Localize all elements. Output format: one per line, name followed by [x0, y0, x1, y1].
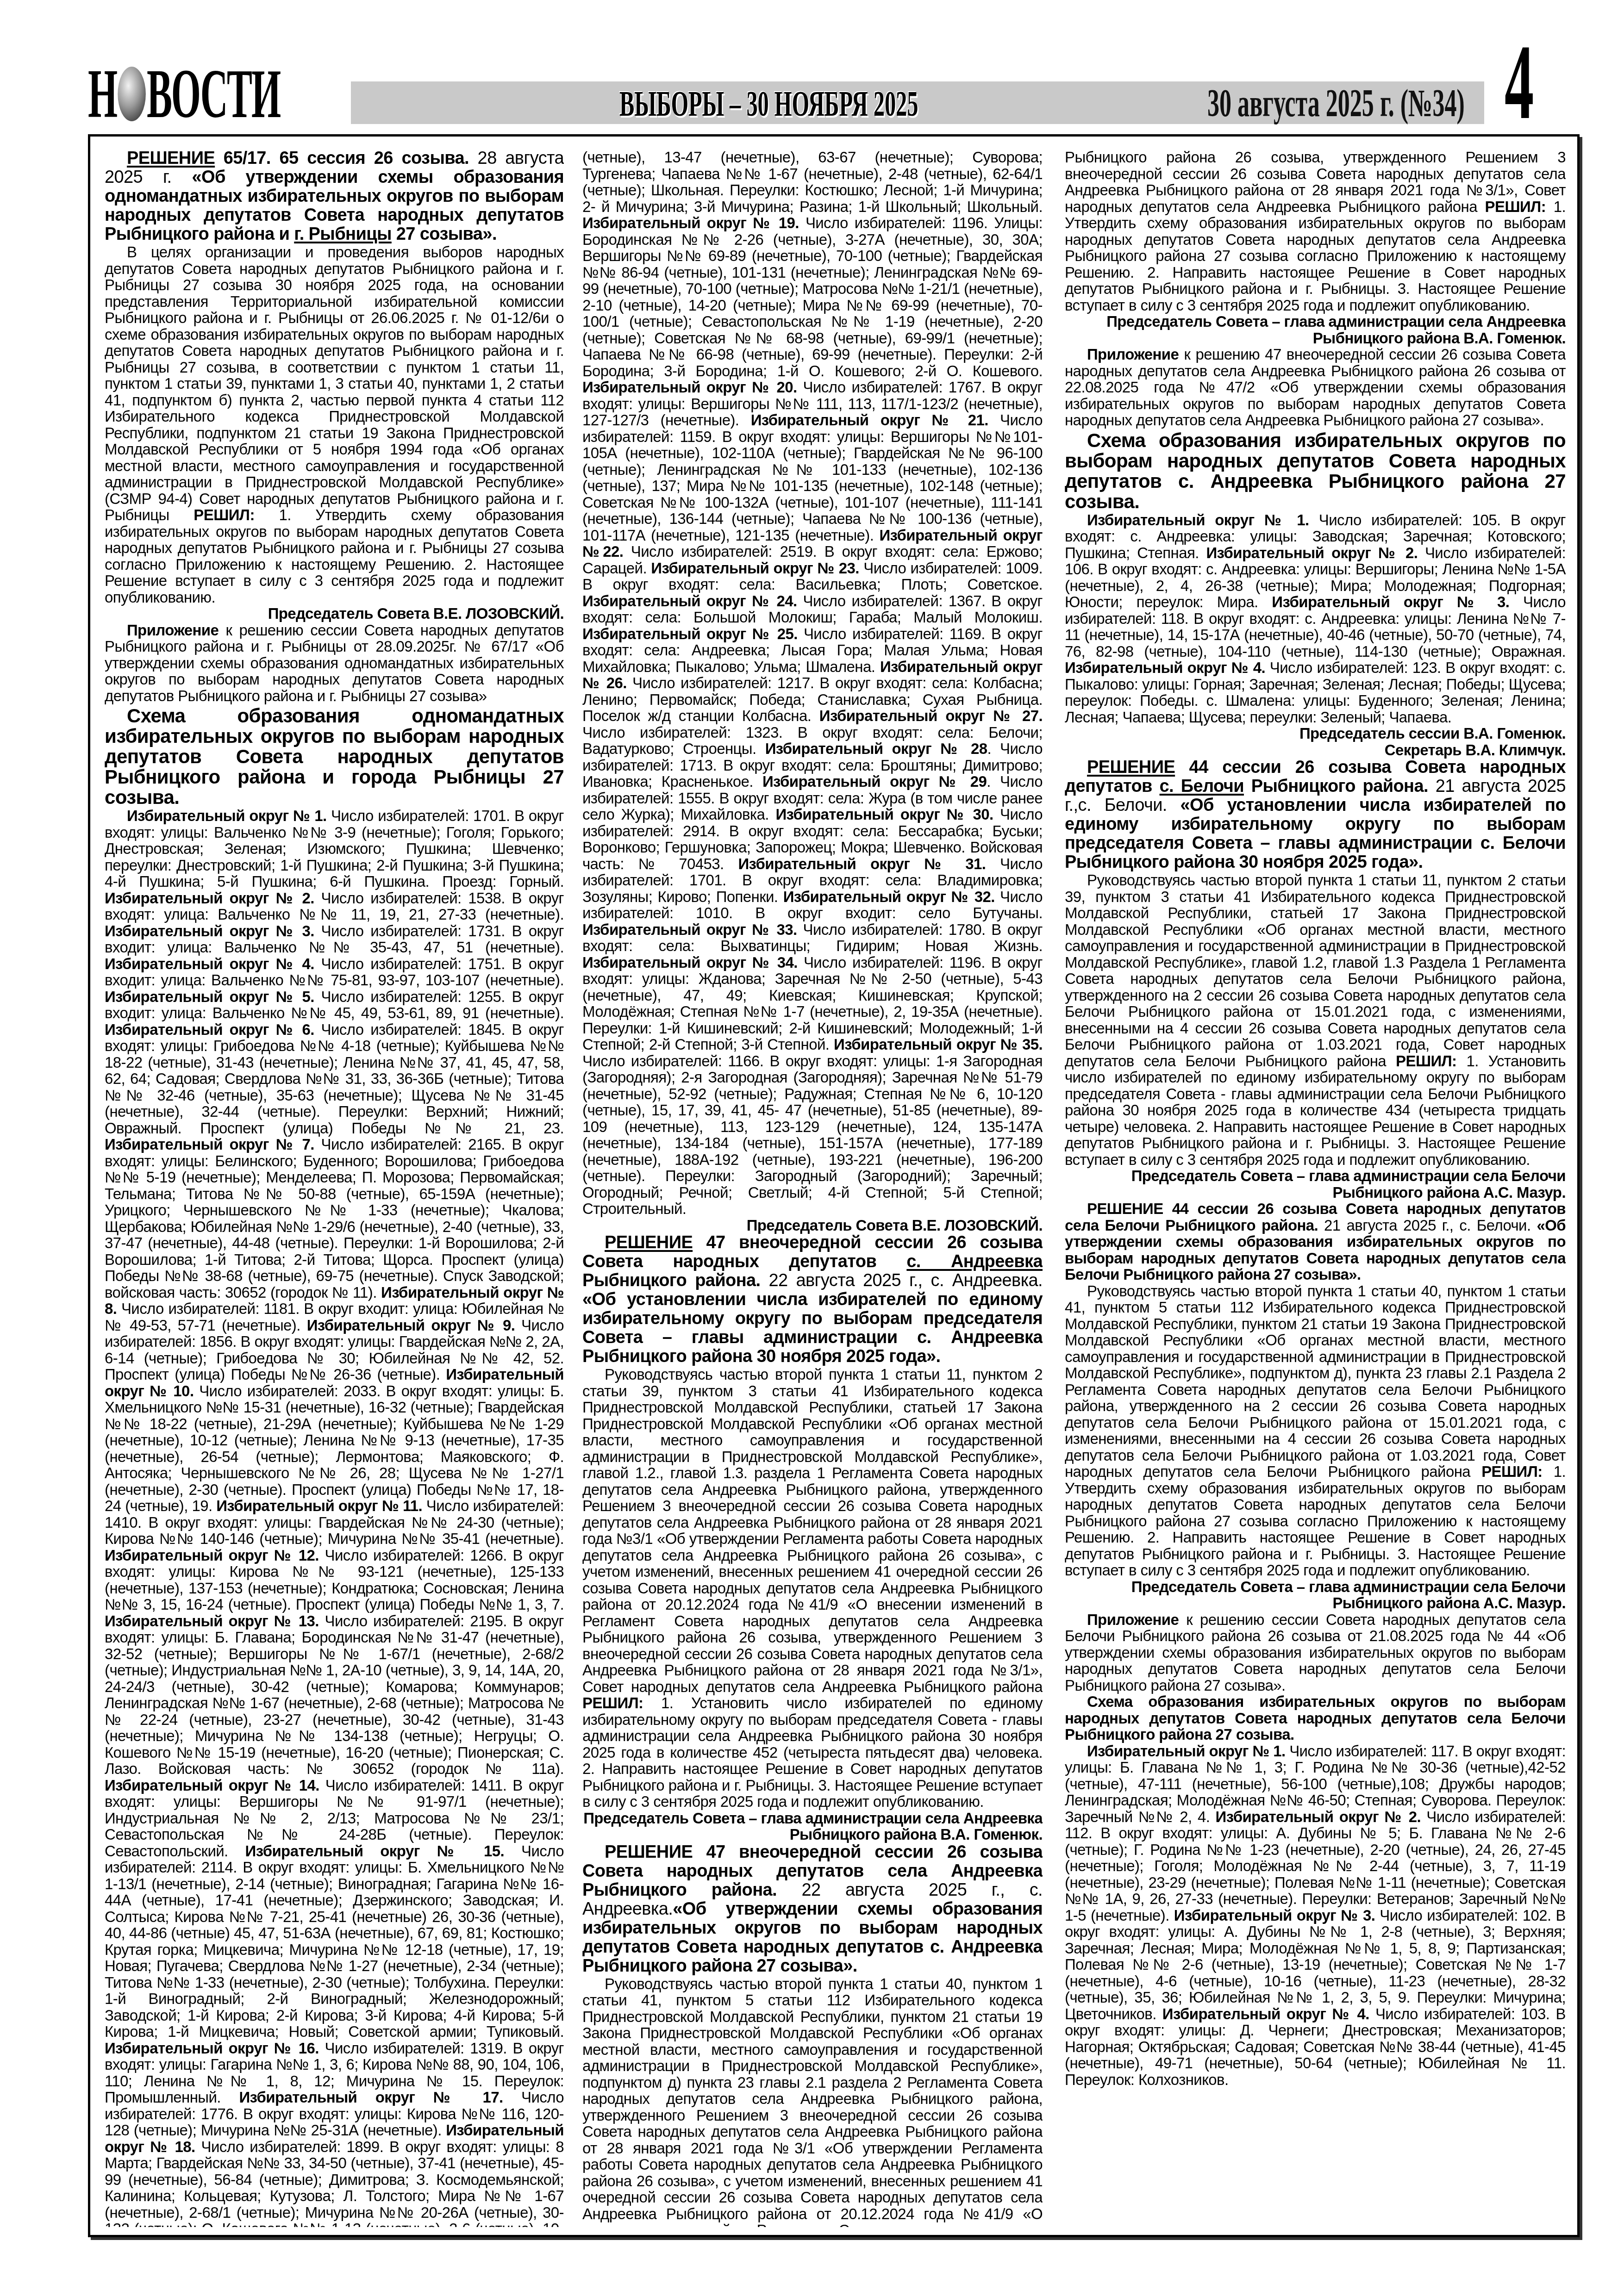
- text-segment: Число избирателей: 2114. В округ входят:…: [105, 1842, 564, 2041]
- paragraph: (четные), 13-47 (нечетные), 63-67 (нечет…: [582, 149, 1043, 1217]
- text-segment: 1. Установить число избирателей по едино…: [582, 1694, 1043, 1810]
- text-segment: Избирательный округ № 3.: [1174, 1907, 1375, 1924]
- text-segment: Избирательный округ № 11.: [216, 1497, 422, 1514]
- text-segment: Руководствуясь частью второй пункта 1 ст…: [1065, 1282, 1566, 1481]
- text-segment: Руководствуясь частью второй пункта 1 ст…: [1065, 871, 1566, 1070]
- text-segment: Число избирателей: 2033. В округ входят:…: [105, 1382, 564, 1515]
- text-segment: Избирательный округ № 12.: [105, 1547, 319, 1564]
- text-segment: Избирательный округ № 3.: [1272, 593, 1509, 610]
- paragraph: Приложение к решению сессии Совета народ…: [105, 622, 564, 704]
- text-segment: Рыбницкого района.: [582, 1271, 761, 1290]
- text-segment: Избирательный округ № 34.: [582, 954, 798, 971]
- text-segment: Избирательный округ № 2.: [1206, 544, 1418, 561]
- text-segment: Председатель Совета – глава администраци…: [1131, 1167, 1566, 1201]
- decision-heading: РЕШЕНИЕ 44 сессии 26 созыва Совета народ…: [1065, 758, 1566, 872]
- text-segment: Председатель Совета В.Е. ЛОЗОВСКИЙ.: [268, 605, 564, 622]
- text-segment: Избирательный округ № 14.: [105, 1777, 319, 1794]
- text-segment: Приложение: [1087, 346, 1179, 363]
- text-segment: Секретарь В.А. Климчук.: [1385, 741, 1566, 759]
- column-1: РЕШЕНИЕ 65/17. 65 сессия 26 созыва. 28 а…: [105, 149, 564, 2227]
- text-segment: РЕШЕНИЕ: [1087, 758, 1175, 777]
- logo-letter: Н: [88, 64, 117, 124]
- signature: Секретарь В.А. Климчук.: [1065, 742, 1566, 759]
- paragraph: Руководствуясь частью второй пункта 1 ст…: [582, 1976, 1043, 2228]
- decision-heading: РЕШЕНИЕ 47 внеочередной сессии 26 созыва…: [582, 1843, 1043, 1976]
- logo-text: ВОСТИ: [147, 64, 280, 124]
- text-segment: РЕШЕНИЕ: [605, 1233, 693, 1252]
- text-segment: Избирательный округ № 4.: [1162, 2005, 1369, 2022]
- text-segment: РЕШИЛ:: [582, 1694, 643, 1711]
- text-segment: 1. Утвердить схему образования избирател…: [1065, 198, 1566, 314]
- text-segment: Избирательный округ № 35.: [834, 1036, 1043, 1053]
- text-segment: Приложение: [1087, 1611, 1179, 1628]
- text-segment: Избирательный округ № 3.: [105, 922, 314, 940]
- paragraph: Избирательный округ № 1. Число избирател…: [105, 808, 564, 2227]
- text-segment: Схема образования избирательных округов …: [1065, 429, 1566, 512]
- text-segment: Руководствуясь частью второй пункта 1 ст…: [582, 1975, 1043, 2228]
- paragraph: Приложение к решению 47 внеочередной сес…: [1065, 346, 1566, 429]
- text-segment: Избирательный округ № 21.: [751, 411, 988, 429]
- text-segment: РЕШИЛ:: [1396, 1052, 1456, 1070]
- text-segment: Избирательный округ № 1.: [1087, 511, 1309, 529]
- header-band: ВЫБОРЫ – 30 НОЯБРЯ 2025 30 августа 2025 …: [351, 81, 1484, 124]
- paragraph: Руководствуясь частью второй пункта 1 ст…: [1065, 1283, 1566, 1579]
- decision-heading: РЕШЕНИЕ 65/17. 65 сессия 26 созыва. 28 а…: [105, 149, 564, 244]
- text-segment: 27 созыва».: [392, 224, 497, 244]
- paragraph: РЕШЕНИЕ 44 сессии 26 созыва Совета народ…: [1065, 1201, 1566, 1283]
- text-segment: 21 августа 2025 г., с. Белочи.: [1318, 1217, 1537, 1234]
- paragraph: Рыбницкого района 26 созыва, утвержденно…: [1065, 149, 1566, 313]
- decision-heading: РЕШЕНИЕ 47 внеочередной сессии 26 созыва…: [582, 1233, 1043, 1366]
- text-segment: Число избирателей: 2195. В округ входят:…: [105, 1612, 564, 1778]
- text-segment: Избирательный округ № 4.: [105, 955, 314, 972]
- page-number: 4: [1505, 36, 1534, 129]
- text-segment: Избирательный округ № 2.: [105, 890, 314, 907]
- section-title: ВЫБОРЫ – 30 НОЯБРЯ 2025: [619, 85, 918, 122]
- text-segment: 22 августа 2025 г., с. Андреевка.: [761, 1271, 1043, 1290]
- text-segment: РЕШИЛ:: [1481, 1463, 1542, 1480]
- text-segment: Избирательный округ № 25.: [582, 625, 798, 642]
- text-segment: РЕШИЛ:: [1485, 198, 1546, 215]
- text-segment: Избирательный округ № 15.: [245, 1842, 505, 1860]
- text-segment: Избирательный округ № 29: [762, 773, 987, 790]
- paragraph: Приложение к решению сессии Совета народ…: [1065, 1612, 1566, 1694]
- text-segment: Избирательный округ № 13.: [105, 1612, 319, 1630]
- signature: Председатель Совета – глава администраци…: [1065, 1579, 1566, 1612]
- text-segment: Число избирателей: 1196. Улицы: Бородинс…: [582, 214, 1043, 380]
- text-segment: Председатель Совета – глава администраци…: [1131, 1578, 1566, 1612]
- text-segment: Приложение: [127, 622, 219, 639]
- signature: Председатель Совета – глава администраци…: [1065, 1168, 1566, 1201]
- text-segment: Председатель Совета В.Е. ЛОЗОВСКИЙ.: [747, 1217, 1043, 1234]
- text-segment: Избирательный округ № 33.: [582, 921, 797, 938]
- text-segment: Избирательный округ № 16.: [105, 2040, 319, 2057]
- text-segment: Избирательный округ № 1.: [1087, 1742, 1286, 1760]
- text-segment: 1. Установить число избирателей по едино…: [1065, 1052, 1566, 1168]
- text-segment: Избирательный округ № 1.: [127, 807, 327, 824]
- text-segment: Избирательный округ № 2.: [1216, 1808, 1421, 1825]
- text-segment: Схема образования избирательных округов …: [1065, 1693, 1566, 1743]
- text-segment: Схема образования одномандатных избирате…: [105, 705, 564, 808]
- text-segment: Избирательный округ № 17.: [239, 2089, 503, 2106]
- signature: Председатель Совета В.Е. ЛОЗОВСКИЙ.: [105, 605, 564, 622]
- text-segment: (четные), 13-47 (нечетные), 63-67 (нечет…: [582, 149, 1043, 215]
- text-segment: Число избирателей: 1845. В округ входят:…: [105, 1021, 564, 1137]
- text-segment: г. Рыбницы: [294, 224, 392, 244]
- text-segment: Число избирателей: 1166. В округ входят:…: [582, 1052, 1043, 1218]
- text-segment: РЕШИЛ:: [194, 506, 254, 523]
- text-segment: Рыбницкого района.: [1244, 777, 1428, 796]
- section-heading: Схема образования избирательных округов …: [1065, 430, 1566, 512]
- masthead: НВОСТИ ВЫБОРЫ – 30 НОЯБРЯ 2025 30 август…: [88, 64, 1583, 124]
- text-segment: Избирательный округ № 27.: [819, 707, 1043, 724]
- text-segment: Избирательный округ № 6.: [105, 1021, 314, 1038]
- signature: Председатель Совета В.Е. ЛОЗОВСКИЙ.: [582, 1217, 1043, 1234]
- text-segment: Число избирателей: 2165. В округ входят:…: [105, 1136, 564, 1301]
- text-segment: Избирательный округ № 7.: [105, 1136, 314, 1153]
- text-segment: Председатель Совета – глава администраци…: [1106, 313, 1566, 347]
- column-3: Рыбницкого района 26 созыва, утвержденно…: [1065, 149, 1566, 2227]
- text-segment: Избирательный округ № 23.: [651, 560, 859, 577]
- globe-icon: [118, 67, 146, 121]
- text-segment: Избирательный округ № 20.: [582, 379, 797, 396]
- text-segment: «Об установлении числа избирателей по ед…: [582, 1290, 1043, 1366]
- paragraph: В целях организации и проведения выборов…: [105, 244, 564, 605]
- text-segment: Избирательный округ № 28: [765, 740, 987, 757]
- column-2: (четные), 13-47 (нечетные), 63-67 (нечет…: [582, 149, 1043, 2227]
- paragraph: Избирательный округ № 1. Число избирател…: [1065, 512, 1566, 726]
- text-segment: Избирательный округ № 4.: [1065, 659, 1265, 676]
- signature: Председатель Совета – глава администраци…: [1065, 313, 1566, 346]
- text-segment: Руководствуясь частью второй пункта 1 ст…: [582, 1366, 1043, 1695]
- text-segment: Избирательный округ № 24.: [582, 592, 797, 610]
- newspaper-logo: НВОСТИ: [88, 64, 280, 124]
- text-segment: 1. Утвердить схему образования избирател…: [1065, 1463, 1566, 1579]
- issue-date: 30 августа 2025 г. (№34): [1207, 84, 1465, 123]
- text-segment: Избирательный округ № 19.: [582, 214, 799, 231]
- paragraph: Руководствуясь частью второй пункта 1 ст…: [1065, 872, 1566, 1168]
- text-segment: Председатель Совета – глава администраци…: [583, 1810, 1043, 1843]
- paragraph: Избирательный округ № 1. Число избирател…: [1065, 1743, 1566, 2088]
- text-segment: Избирательный округ № 9.: [307, 1317, 515, 1334]
- text-segment: Избирательный округ № 5.: [105, 988, 314, 1005]
- text-segment: с. Белочи: [1160, 777, 1244, 796]
- text-segment: Избирательный округ № 30.: [775, 806, 993, 823]
- section-heading: Схема образования одномандатных избирате…: [105, 706, 564, 808]
- text-segment: Избирательный округ № 32.: [783, 888, 995, 905]
- text-segment: РЕШЕНИЕ: [127, 149, 215, 168]
- text-segment: Председатель сессии В.А. Гоменюк.: [1299, 725, 1566, 742]
- text-segment: В целях организации и проведения выборов…: [105, 243, 564, 523]
- paragraph: Схема образования избирательных округов …: [1065, 1693, 1566, 1743]
- text-segment: с. Андреевка: [906, 1252, 1043, 1271]
- text-segment: Избирательный округ № 31.: [738, 855, 986, 872]
- signature: Председатель сессии В.А. Гоменюк.: [1065, 725, 1566, 742]
- paragraph: Руководствуясь частью второй пункта 1 ст…: [582, 1366, 1043, 1810]
- signature: Председатель Совета – глава администраци…: [582, 1810, 1043, 1843]
- text-segment: Число избирателей: 1159. В округ входят:…: [582, 411, 1043, 544]
- text-segment: 65/17. 65 сессия 26 созыва.: [215, 149, 469, 168]
